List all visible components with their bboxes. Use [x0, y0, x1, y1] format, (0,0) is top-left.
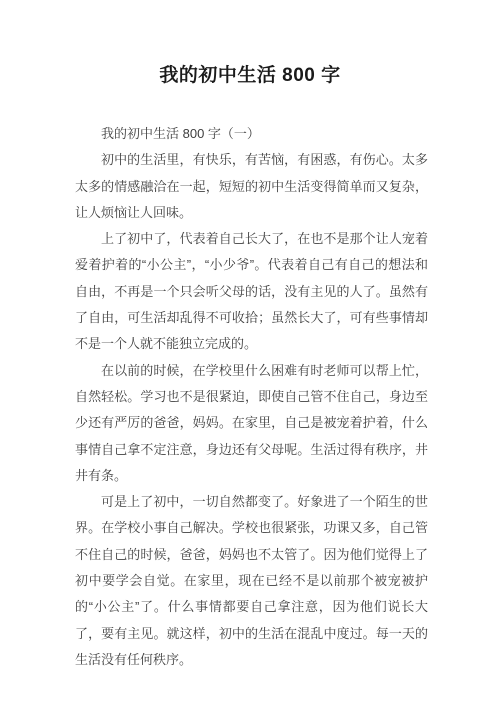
essay-paragraph: 初中的生活里，有快乐，有苦恼，有困惑，有伤心。太多太多的情感融洽在一起，短短的初… [75, 147, 428, 226]
essay-paragraph: 在以前的时候，在学校里什么困难有时老师可以帮上忙，自然轻松。学习也不是很紧迫，即… [75, 358, 428, 489]
essay-paragraph: 可是上了初中，一切自然都变了。好象进了一个陌生的世界。在学校小事自己解决。学校也… [75, 489, 428, 673]
essay-heading: 我的初中生活 800 字（一） [75, 121, 428, 147]
document-page: 我的初中生活 800 字 我的初中生活 800 字（一） 初中的生活里，有快乐，… [0, 0, 500, 708]
essay-body: 我的初中生活 800 字（一） 初中的生活里，有快乐，有苦恼，有困惑，有伤心。太… [75, 121, 428, 673]
essay-paragraph: 上了初中了，代表着自己长大了，在也不是那个让人宠着爱着护着的“小公主”，“小少爷… [75, 226, 428, 357]
page-title: 我的初中生活 800 字 [0, 0, 500, 88]
